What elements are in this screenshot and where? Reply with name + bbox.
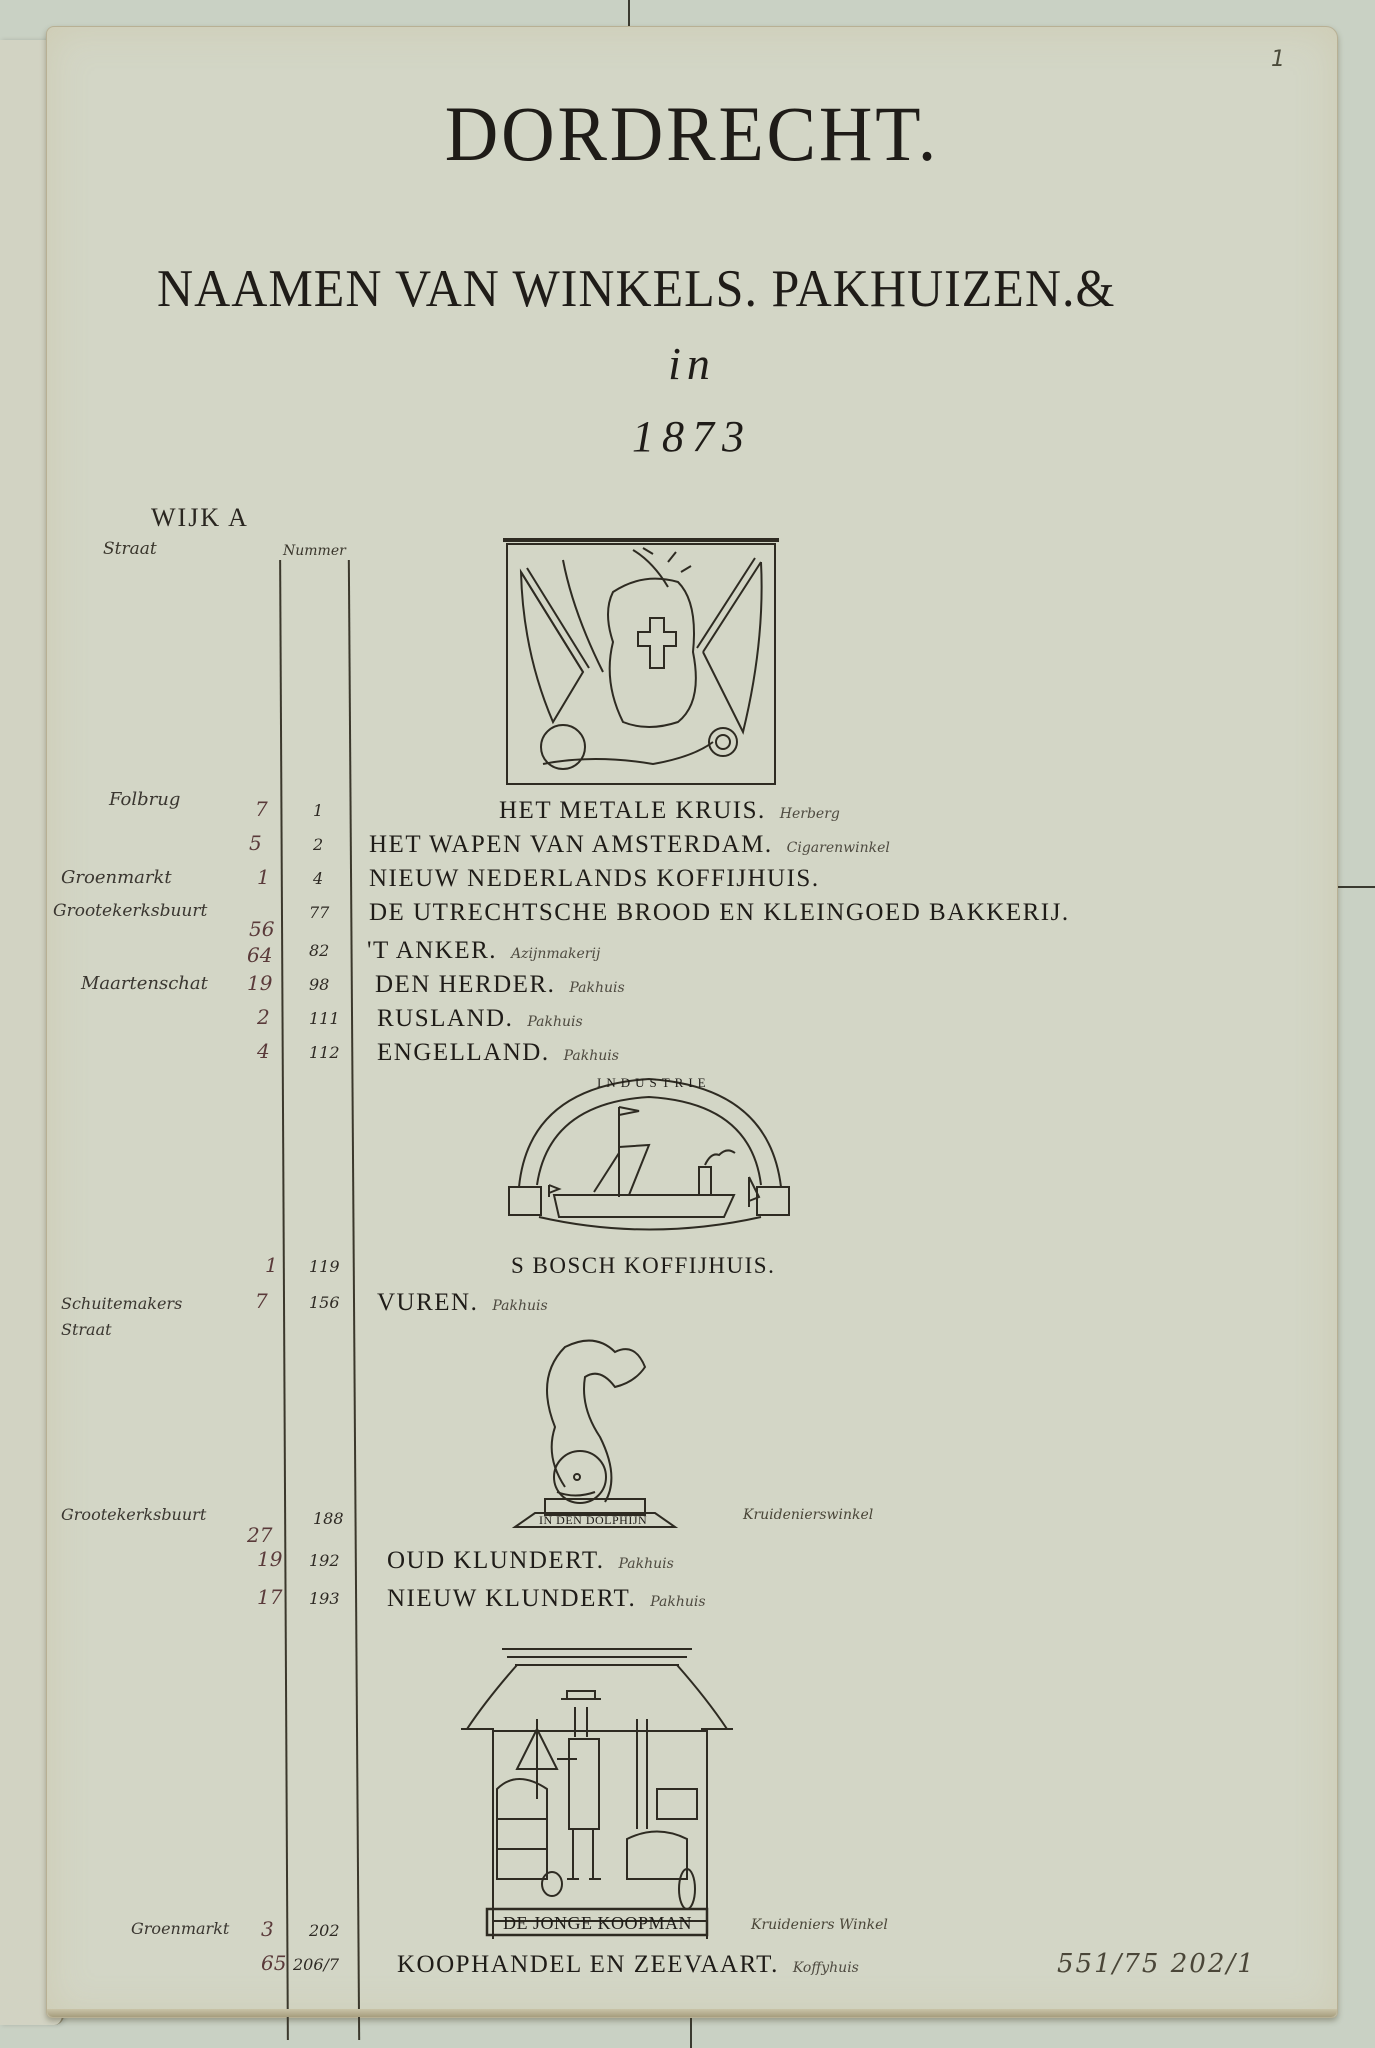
emblem-metale-kruis — [503, 532, 779, 788]
page-edge — [47, 2009, 1337, 2017]
register-number: 4 — [313, 869, 323, 888]
house-number: 7 — [255, 1289, 268, 1313]
house-number: 19 — [247, 971, 272, 995]
street-name: Groenmarkt — [131, 1919, 229, 1938]
business-name: DEN HERDER.Pakhuis — [375, 971, 625, 999]
emblem-plaque: IN DEN DOLPHIJN — [539, 1513, 647, 1528]
year: 1873 — [47, 411, 1337, 462]
business-type: Pakhuis — [619, 1556, 674, 1572]
shield-cross-flags-icon — [503, 532, 779, 788]
emblem-dolphijn: IN DEN DOLPHIJN — [495, 1327, 685, 1537]
register-number: 156 — [309, 1293, 340, 1312]
business-name: 'T ANKER.Azijnmakerij — [367, 937, 600, 965]
register-number: 82 — [309, 941, 329, 960]
business-type: Cigarenwinkel — [787, 840, 890, 856]
business-name: VUREN.Pakhuis — [377, 1289, 548, 1317]
subtitle-in: in — [47, 337, 1337, 390]
business-type: Herberg — [780, 806, 840, 822]
street-name: Grootekerksbuurt — [61, 1505, 206, 1524]
house-number: 1 — [257, 865, 270, 889]
steamship-arch-icon — [499, 1067, 799, 1237]
register-number: 192 — [309, 1551, 340, 1570]
business-type: Kruidenierswinkel — [743, 1507, 873, 1523]
page-title: DORDRECHT. — [79, 89, 1305, 179]
register-number: 188 — [313, 1509, 344, 1528]
house-number: 7 — [255, 797, 268, 821]
business-name-text: KOOPHANDEL EN ZEEVAART. — [397, 1951, 779, 1978]
house-number: 3 — [261, 1917, 274, 1941]
business-type: Pakhuis — [527, 1014, 582, 1030]
business-type: Pakhuis — [569, 980, 624, 996]
business-name: HET METALE KRUIS.Herberg — [499, 797, 840, 825]
archive-reference: 551/75 202/1 — [1057, 1949, 1256, 1979]
business-name-text: HET METALE KRUIS. — [499, 797, 766, 824]
business-type: Pakhuis — [650, 1594, 705, 1610]
house-number: 19 — [257, 1547, 282, 1571]
business-name: RUSLAND.Pakhuis — [377, 1005, 583, 1033]
dolphin-statue-icon — [495, 1327, 685, 1537]
business-name-text: OUD KLUNDERT. — [387, 1547, 605, 1574]
business-name-text: DE UTRECHTSCHE BROOD EN KLEINGOED BAKKER… — [369, 899, 1070, 926]
register-number: 1 — [313, 801, 323, 820]
business-name: KOOPHANDEL EN ZEEVAART.Koffyhuis — [397, 1951, 859, 1979]
street-name: Schuitemakers Straat — [61, 1291, 211, 1343]
business-type: Azijnmakerij — [511, 946, 600, 962]
business-type: Kruideniers Winkel — [751, 1917, 888, 1933]
merchant-scene-icon — [457, 1639, 737, 1939]
emblem-industrie: INDUSTRIE — [499, 1067, 799, 1237]
business-name: DE UTRECHTSCHE BROOD EN KLEINGOED BAKKER… — [369, 899, 1070, 927]
column-rule — [279, 560, 289, 2040]
business-name: HET WAPEN VAN AMSTERDAM.Cigarenwinkel — [369, 831, 890, 859]
house-number: 17 — [257, 1585, 282, 1609]
business-name-text: HET WAPEN VAN AMSTERDAM. — [369, 831, 773, 858]
emblem-plaque: DE JONGE KOOPMAN — [503, 1913, 692, 1934]
business-name: NIEUW KLUNDERT.Pakhuis — [387, 1585, 706, 1613]
register-number: 112 — [309, 1043, 340, 1062]
street-name: Maartenschat — [81, 973, 208, 994]
business-name-text: VUREN. — [377, 1289, 478, 1316]
business-type: Koffyhuis — [793, 1960, 859, 1976]
register-number: 111 — [309, 1009, 340, 1028]
house-number: 27 — [247, 1523, 272, 1547]
house-number: 1 — [265, 1253, 278, 1277]
street-name: Grootekerksbuurt — [53, 901, 207, 921]
emblem-banner: INDUSTRIE — [597, 1075, 711, 1091]
house-number: 64 — [247, 943, 272, 967]
house-number: 2 — [257, 1005, 270, 1029]
business-name-text: ENGELLAND. — [377, 1039, 550, 1066]
page-number: 1 — [1271, 47, 1285, 72]
emblem-jonge-koopman: DE JONGE KOOPMAN — [457, 1639, 737, 1939]
business-name-text: NIEUW KLUNDERT. — [387, 1585, 636, 1612]
page-subtitle: NAAMEN VAN WINKELS. PAKHUIZEN.& — [157, 258, 1115, 319]
business-name-text: 'T ANKER. — [367, 937, 497, 964]
register-number: 98 — [309, 975, 329, 994]
house-number: 56 — [249, 917, 274, 941]
business-name: ENGELLAND.Pakhuis — [377, 1039, 619, 1067]
business-name-text: S BOSCH KOFFIJHUIS. — [511, 1253, 775, 1278]
register-number: 77 — [309, 903, 329, 922]
business-name: OUD KLUNDERT.Pakhuis — [387, 1547, 674, 1575]
column-rule — [348, 560, 360, 2040]
business-type: Pakhuis — [492, 1298, 547, 1314]
street-name: Groenmarkt — [61, 867, 172, 888]
register-number: 2 — [313, 835, 323, 854]
business-name-text: NIEUW NEDERLANDS KOFFIJHUIS. — [369, 865, 820, 892]
column-header-street: Straat — [103, 539, 157, 559]
house-number: 65 — [261, 1951, 286, 1975]
business-name: S BOSCH KOFFIJHUIS. — [511, 1253, 775, 1279]
house-number: 4 — [257, 1039, 270, 1063]
ledger-page: 1 DORDRECHT. NAAMEN VAN WINKELS. PAKHUIZ… — [46, 26, 1338, 2018]
house-number: 5 — [249, 831, 262, 855]
register-number: 119 — [309, 1257, 340, 1276]
business-type: Pakhuis — [564, 1048, 619, 1064]
register-number: 202 — [309, 1921, 340, 1940]
district-label: WIJK A — [151, 503, 249, 533]
street-name: Folbrug — [109, 789, 180, 810]
register-number: 206/7 — [293, 1955, 339, 1974]
business-name-text: RUSLAND. — [377, 1005, 513, 1032]
column-header-number: Nummer — [283, 543, 346, 559]
business-name: NIEUW NEDERLANDS KOFFIJHUIS. — [369, 865, 820, 893]
register-number: 193 — [309, 1589, 340, 1608]
business-name-text: DEN HERDER. — [375, 971, 555, 998]
